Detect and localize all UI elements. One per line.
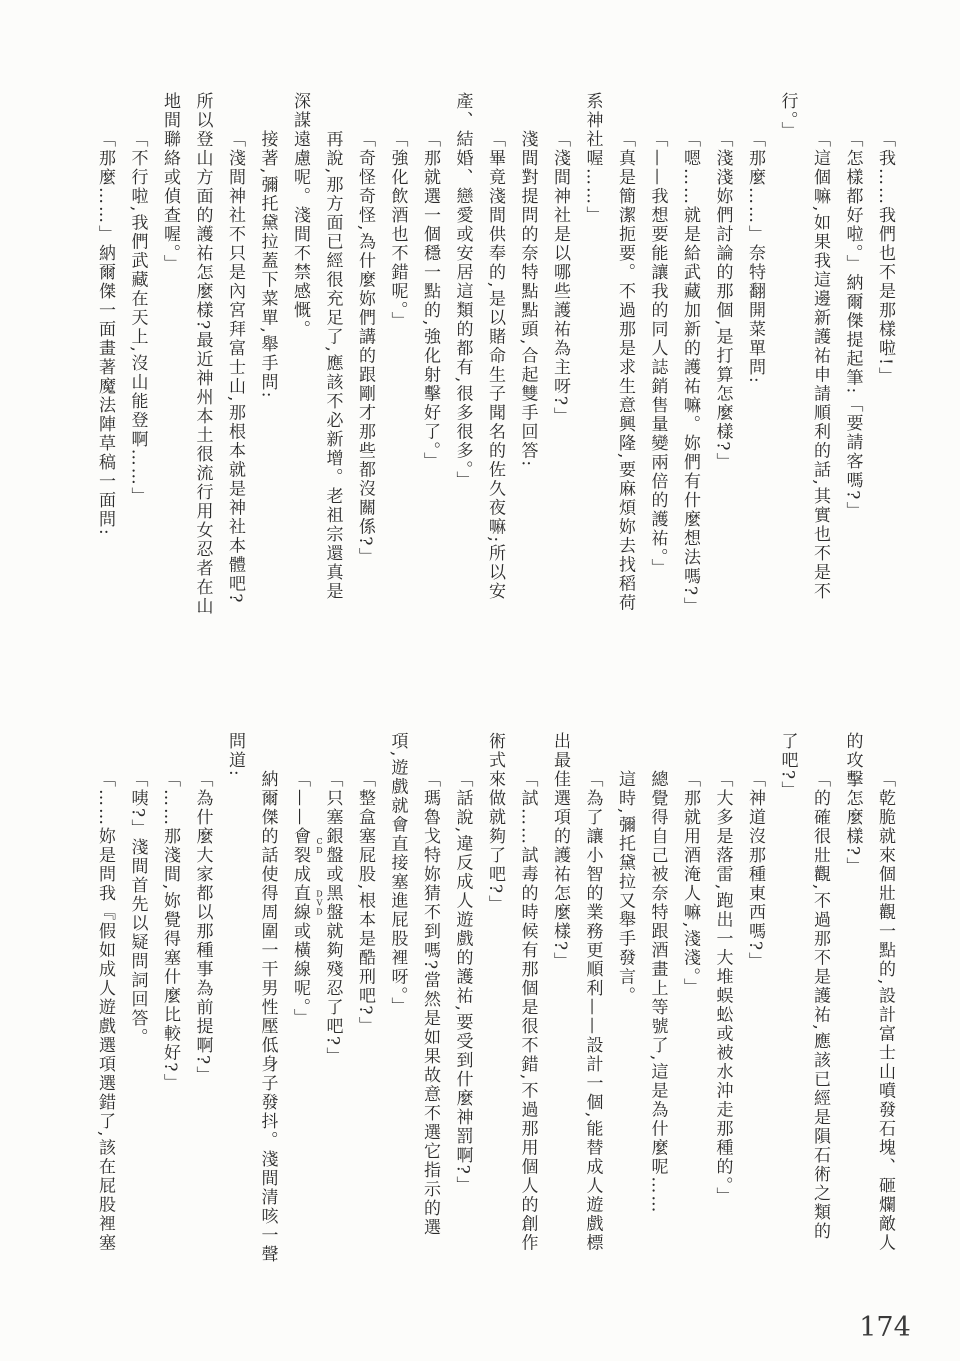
text-line: 項,遊戲就會直接塞進屁股裡呀。」: [381, 732, 414, 1268]
text-block-bottom: 「乾脆就來個壯觀一點的,設計富士山噴發石塊、砸爛敵人 的攻擊怎麼樣?」 「的確很…: [87, 732, 901, 1268]
text-line: 「咦?」淺間首先以疑問詞回答。: [121, 732, 154, 1268]
text-line: 「——會裂成直線或橫線呢。」: [284, 732, 317, 1268]
text-line: 「為什麼大家都以那種事為前提啊?」: [186, 732, 219, 1268]
text-line: 「畢竟淺間供奉的,是以賭命生子聞名的佐久夜嘛;所以安: [479, 92, 512, 628]
text-line: 「——我想要能讓我的同人誌銷售量變兩倍的護祐。」: [641, 92, 674, 628]
text-line: 行。」: [771, 92, 804, 628]
text-line: 「瑪魯戈特妳猜不到嗎?當然是如果故意不選它指示的選: [414, 732, 447, 1268]
text-line: 這時,彌托黛拉又舉手發言。: [609, 732, 642, 1268]
text-line: 「淺間神社是以哪些護祐為主呀?」: [544, 92, 577, 628]
text-line: 「淺間神社不只是內宮拜富士山,那根本就是神社本體吧?: [219, 92, 252, 628]
text-line: 地間聯絡或偵查喔。」: [154, 92, 187, 628]
text-line: 「奇怪奇怪,為什麼妳們講的跟剛才那些都沒關係?」: [349, 92, 382, 628]
text-line: 接著,彌托黛拉蓋下菜單,舉手問:: [251, 92, 284, 628]
text-line: 「那就選一個穩一點的,強化射擊好了。」: [414, 92, 447, 628]
text-line: 問道:: [219, 732, 252, 1268]
text-line: 「大多是落雷,跑出一大堆蜈蚣或被水沖走那種的。」: [706, 732, 739, 1268]
text-line: 「那麼……」奈特翻開菜單問:: [739, 92, 772, 628]
text-line: 再說,那方面已經很充足了,應該不必新增。老祖宗還真是: [316, 92, 349, 628]
text-line: 的攻擊怎麼樣?」: [836, 732, 869, 1268]
ruby-cd: 銀盤CD: [323, 827, 343, 865]
ruby-base: 銀盤: [323, 827, 343, 865]
text-line: 「不行啦,我們武藏在天上,沒山能登啊……」: [121, 92, 154, 628]
text-line: 「……妳是問我『假如成人遊戲選項選錯了,該在屁股裡塞: [89, 732, 122, 1268]
text-line: 「話說,違反成人遊戲的護祐,要受到什麼神罰啊?」: [446, 732, 479, 1268]
ruby-text-dvd: DVD: [315, 884, 324, 922]
text-line: 術式來做就夠了吧?」: [479, 732, 512, 1268]
text-line: 「乾脆就來個壯觀一點的,設計富士山噴發石塊、砸爛敵人: [869, 732, 902, 1268]
text-line: 「強化飲酒也不錯呢。」: [381, 92, 414, 628]
text-line: 了吧?」: [771, 732, 804, 1268]
text-line: 「的確很壯觀,不過那不是護祐,應該已經是隕石術之類的: [804, 732, 837, 1268]
text-line: 產、結婚、戀愛或安居這類的都有,很多很多。」: [446, 92, 479, 628]
text-line: 淺間對提問的奈特點點頭,合起雙手回答:: [511, 92, 544, 628]
text-line: 深謀遠慮呢。淺間不禁感慨。: [284, 92, 317, 628]
page-number: 174: [840, 1312, 930, 1343]
text-segment: 就夠殘忍了吧?」: [323, 922, 343, 1066]
text-line: 「怎樣都好啦。」納爾傑提起筆:「要請客嗎?」: [836, 92, 869, 628]
text-line: 「嗯……就是給武藏加新的護祐嘛。妳們有什麼想法嗎?」: [674, 92, 707, 628]
book-page: 「我……我們也不是那樣啦!」 「怎樣都好啦。」納爾傑提起筆:「要請客嗎?」 「這…: [0, 0, 960, 1361]
text-segment: 「只塞: [323, 770, 343, 827]
text-line: 總覺得自己被奈特跟酒畫上等號了,這是為什麼呢……: [641, 732, 674, 1268]
text-line: 「那就用酒淹人嘛,淺淺。」: [674, 732, 707, 1268]
text-line: 「這個嘛,如果我這邊新護祐申請順利的話,其實也不是不: [804, 92, 837, 628]
text-line: 出最佳選項的護祐怎麼樣?」: [544, 732, 577, 1268]
text-line: 「神道沒那種東西嗎?」: [739, 732, 772, 1268]
text-line: 「那麼……」納爾傑一面畫著魔法陣草稿一面問:: [89, 92, 122, 628]
text-line-with-ruby: 「只塞銀盤CD或黑盤DVD就夠殘忍了吧?」: [316, 732, 349, 1268]
text-line: 納爾傑的話使得周圍一干男性壓低身子發抖。淺間清咳一聲: [251, 732, 284, 1268]
text-line: 「……那淺間,妳覺得塞什麼比較好?」: [154, 732, 187, 1268]
text-line: 「整盒塞屁股,根本是酷刑吧?」: [349, 732, 382, 1268]
text-line: 「試……試毒的時候有那個是很不錯,不過那用個人的創作: [511, 732, 544, 1268]
text-segment: 或: [323, 865, 343, 884]
text-block-top: 「我……我們也不是那樣啦!」 「怎樣都好啦。」納爾傑提起筆:「要請客嗎?」 「這…: [87, 92, 901, 628]
text-line: 「真是簡潔扼要。不過那是求生意興隆,要麻煩妳去找稻荷: [609, 92, 642, 628]
text-line: 「我……我們也不是那樣啦!」: [869, 92, 902, 628]
text-line: 系神社喔……」: [576, 92, 609, 628]
text-line: 「為了讓小智的業務更順利——設計一個,能替成人遊戲標: [576, 732, 609, 1268]
text-line: 所以登山方面的護祐怎麼樣?最近神州本土很流行用女忍者在山: [186, 92, 219, 628]
ruby-base: 黑盤: [323, 884, 343, 922]
text-line: 「淺淺妳們討論的那個,是打算怎麼樣?」: [706, 92, 739, 628]
ruby-text-cd: CD: [315, 827, 324, 865]
ruby-dvd: 黑盤DVD: [323, 884, 343, 922]
